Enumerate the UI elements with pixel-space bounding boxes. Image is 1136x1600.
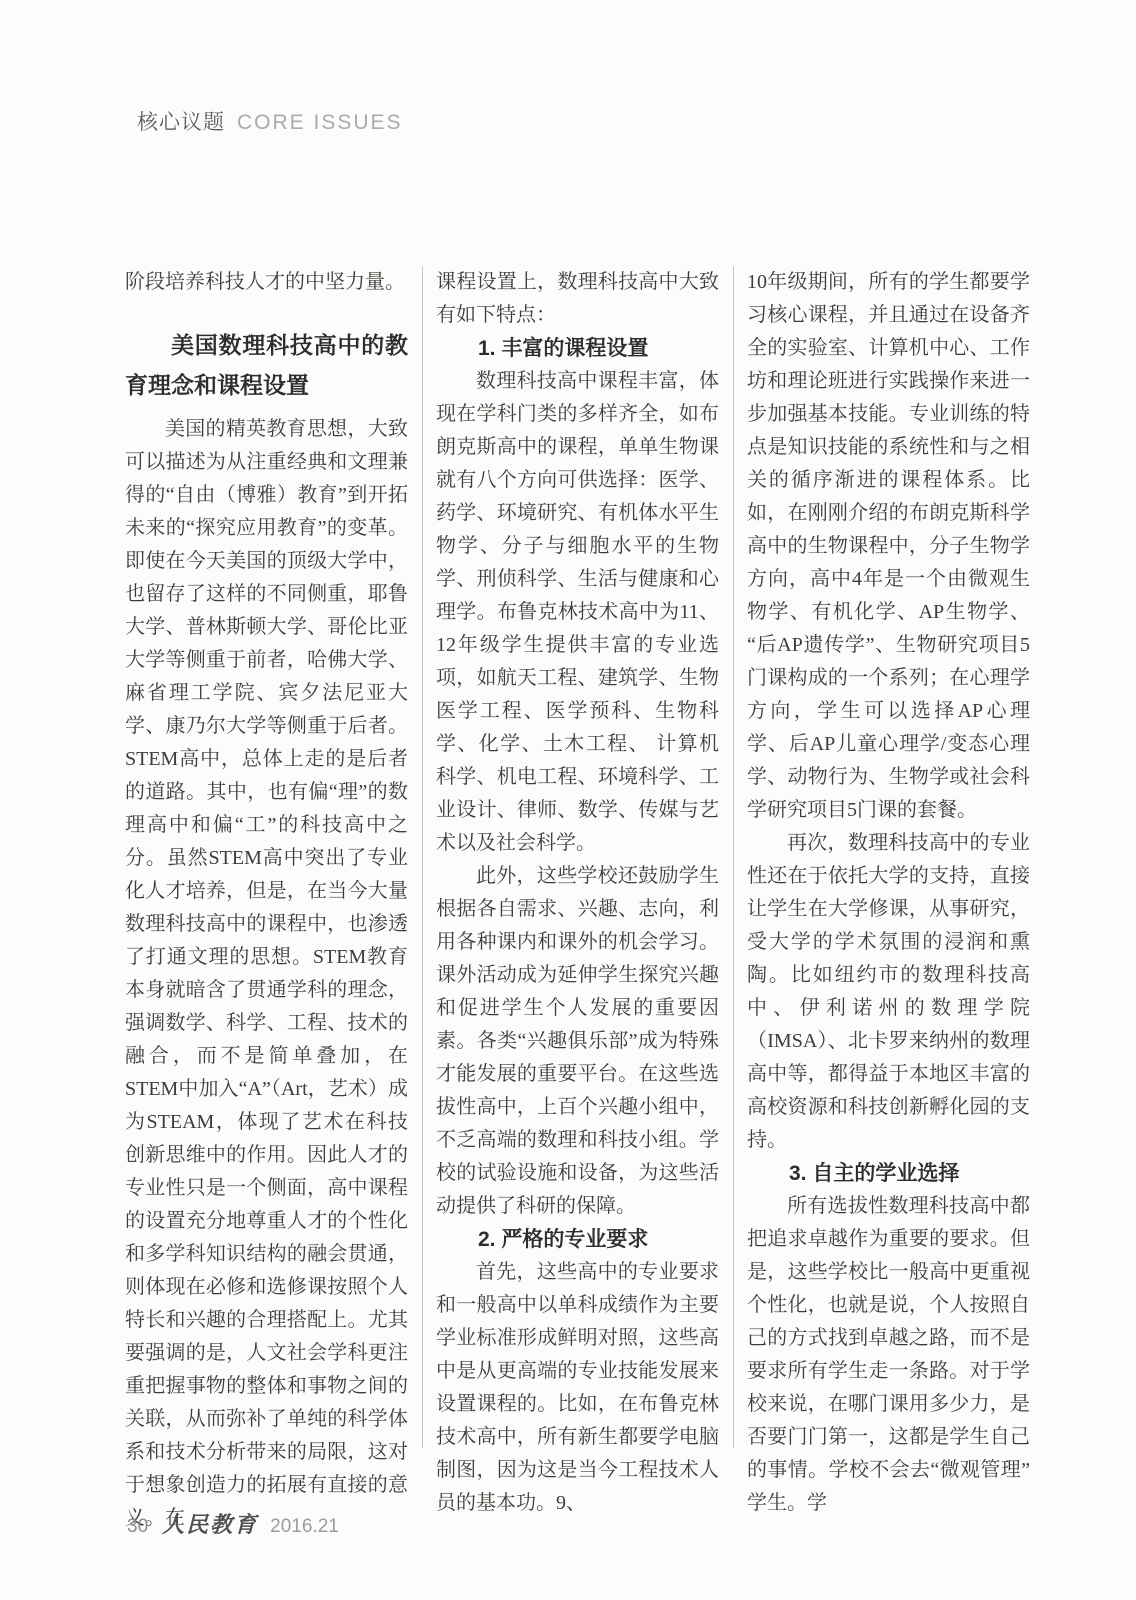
column-2: 课程设置上，数理科技高中大致有如下特点： 1. 丰富的课程设置 数理科技高中课程… [436, 266, 719, 1520]
paragraph: 此外，这些学校还鼓励学生根据各自需求、兴趣、志向，利用各种课内和课外的机会学习。… [436, 860, 719, 1223]
paragraph: 美国的精英教育思想，大致可以描述为从注重经典和文理兼得的“自由（博雅）教育”到开… [125, 413, 408, 1535]
column-divider [733, 266, 734, 1448]
paragraph: 阶段培养科技人才的中坚力量。 [125, 266, 408, 299]
paragraph: 再次，数理科技高中的专业性还在于依托大学的支持，直接让学生在大学修课，从事研究，… [747, 827, 1030, 1157]
column-1: 阶段培养科技人才的中坚力量。 美国数理科技高中的教育理念和课程设置 美国的精英教… [125, 266, 408, 1535]
article-body: 阶段培养科技人才的中坚力量。 美国数理科技高中的教育理念和课程设置 美国的精英教… [125, 266, 1030, 1535]
paragraph: 课程设置上，数理科技高中大致有如下特点： [436, 266, 719, 332]
paragraph: 所有选拔性数理科技高中都把追求卓越作为重要的要求。但是，这些学校比一般高中更重视… [747, 1190, 1030, 1520]
paragraph: 数理科技高中课程丰富，体现在学科门类的多样齐全，如布朗克斯高中的课程，单单生物课… [436, 365, 719, 860]
subheading-1: 1. 丰富的课程设置 [436, 332, 719, 365]
article-section-heading: 美国数理科技高中的教育理念和课程设置 [125, 325, 408, 405]
paragraph: 10年级期间，所有的学生都要学习核心课程，并且通过在设备齐全的实验室、计算机中心… [747, 266, 1030, 827]
section-title-cn: 核心议题 [137, 111, 225, 134]
subheading-2: 2. 严格的专业要求 [436, 1223, 719, 1256]
page-header: 核心议题CORE ISSUES [137, 106, 403, 136]
issue-number: 2016.21 [270, 1516, 339, 1538]
page-number: 30 [127, 1516, 148, 1538]
column-3: 10年级期间，所有的学生都要学习核心课程，并且通过在设备齐全的实验室、计算机中心… [747, 266, 1030, 1520]
paragraph: 首先，这些高中的专业要求和一般高中以单科成绩作为主要学业标准形成鲜明对照，这些高… [436, 1256, 719, 1520]
magazine-page: 核心议题CORE ISSUES 阶段培养科技人才的中坚力量。 美国数理科技高中的… [0, 0, 1136, 1600]
page-footer: 30 人民教育 2016.21 [127, 1508, 339, 1539]
section-title-en: CORE ISSUES [237, 111, 403, 134]
magazine-logotype: 人民教育 [162, 1508, 258, 1539]
column-divider [422, 266, 423, 1448]
subheading-3: 3. 自主的学业选择 [747, 1157, 1030, 1190]
